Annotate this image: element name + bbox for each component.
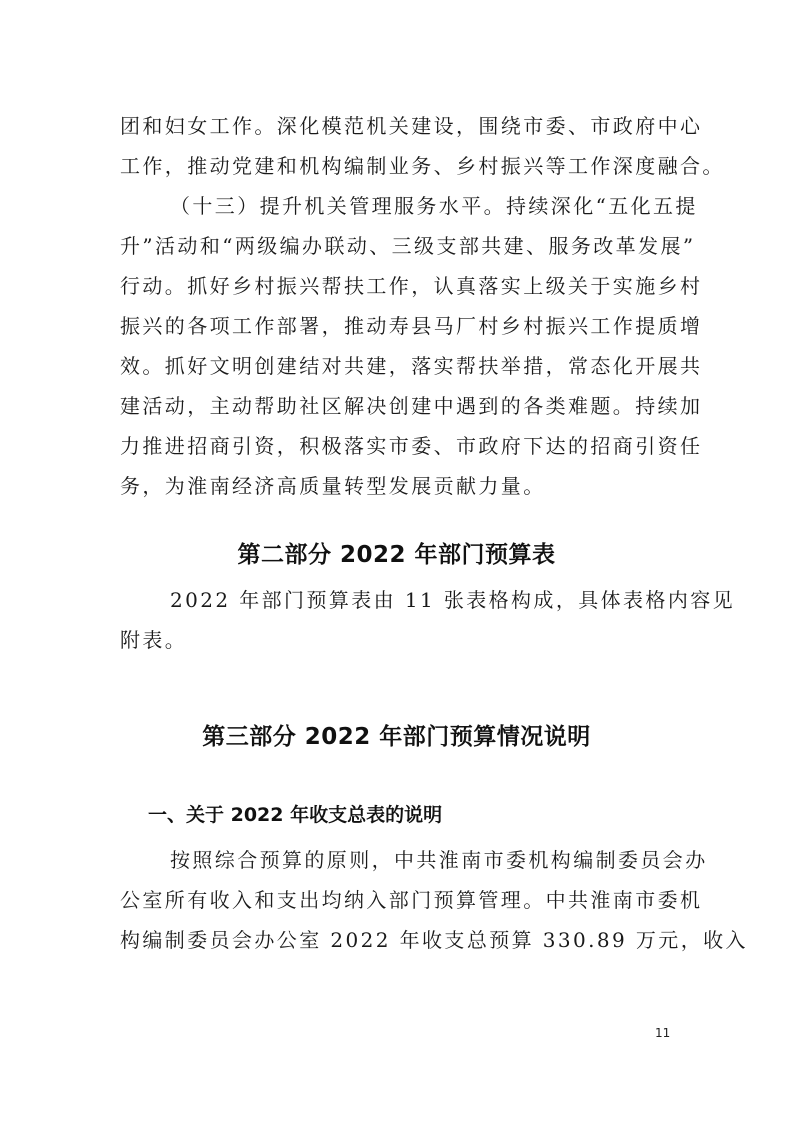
- paragraph-line: 按照综合预算的原则，中共淮南市委机构编制委员会办: [120, 840, 673, 880]
- part-two-paragraph: 2022 年部门预算表由 11 张表格构成，具体表格内容见 附表。: [120, 580, 673, 660]
- paragraph-line: 建活动，主动帮助社区解决创建中遇到的各类难题。持续加: [120, 386, 673, 426]
- paragraph-line: 团和妇女工作。深化模范机关建设，围绕市委、市政府中心: [120, 106, 673, 146]
- paragraph-line: 工作，推动党建和机构编制业务、乡村振兴等工作深度融合。: [120, 146, 673, 186]
- paragraph-line: 力推进招商引资，积极落实市委、市政府下达的招商引资任: [120, 426, 673, 466]
- paragraph-line: 效。抓好文明创建结对共建，落实帮扶举措，常态化开展共: [120, 346, 673, 386]
- item-13-paragraph: （十三）提升机关管理服务水平。持续深化“五化五提 升”活动和“两级编办联动、三级…: [120, 186, 673, 506]
- continuation-paragraph: 团和妇女工作。深化模范机关建设，围绕市委、市政府中心 工作，推动党建和机构编制业…: [120, 106, 673, 186]
- paragraph-line: 2022 年部门预算表由 11 张表格构成，具体表格内容见: [120, 580, 673, 620]
- part-three-heading: 第三部分 2022 年部门预算情况说明: [0, 722, 793, 752]
- paragraph-line: 公室所有收入和支出均纳入部门预算管理。中共淮南市委机: [120, 880, 673, 920]
- paragraph-line: 务，为淮南经济高质量转型发展贡献力量。: [120, 466, 673, 506]
- paragraph-line: 升”活动和“两级编办联动、三级支部共建、服务改革发展”: [120, 226, 673, 266]
- page-number: 11: [655, 1026, 670, 1040]
- section-one-heading: 一、关于 2022 年收支总表的说明: [148, 800, 442, 830]
- section-one-paragraph: 按照综合预算的原则，中共淮南市委机构编制委员会办 公室所有收入和支出均纳入部门预…: [120, 840, 673, 960]
- paragraph-line: 振兴的各项工作部署，推动寿县马厂村乡村振兴工作提质增: [120, 306, 673, 346]
- document-page: 团和妇女工作。深化模范机关建设，围绕市委、市政府中心 工作，推动党建和机构编制业…: [0, 0, 793, 1122]
- paragraph-line: （十三）提升机关管理服务水平。持续深化“五化五提: [120, 186, 673, 226]
- paragraph-line: 附表。: [120, 620, 673, 660]
- paragraph-line: 构编制委员会办公室 2022 年收支总预算 330.89 万元，收入: [120, 920, 673, 960]
- paragraph-line: 行动。抓好乡村振兴帮扶工作，认真落实上级关于实施乡村: [120, 266, 673, 306]
- part-two-heading: 第二部分 2022 年部门预算表: [0, 540, 793, 570]
